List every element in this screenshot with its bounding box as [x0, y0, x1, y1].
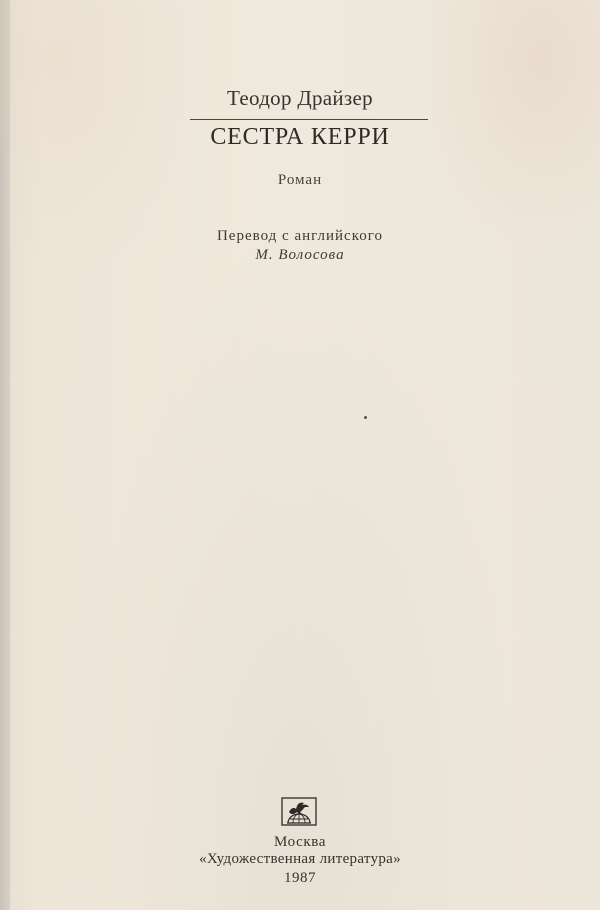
author-title-divider: [190, 119, 428, 120]
book-title-page: Теодор Драйзер СЕСТРА КЕРРИ Роман Перево…: [0, 0, 600, 910]
publication-year: 1987: [200, 870, 400, 887]
publication-city: Москва: [150, 834, 450, 851]
translator-name: М. Волосова: [150, 247, 450, 264]
translation-note: Перевод с английского: [150, 228, 450, 245]
pegasus-globe-logo-icon: [281, 797, 317, 826]
publisher-name: «Художественная литература»: [140, 851, 460, 868]
book-title: СЕСТРА КЕРРИ: [150, 124, 450, 151]
print-speck: [364, 416, 367, 419]
author-name: Теодор Драйзер: [150, 86, 450, 111]
genre-label: Роман: [200, 172, 400, 189]
